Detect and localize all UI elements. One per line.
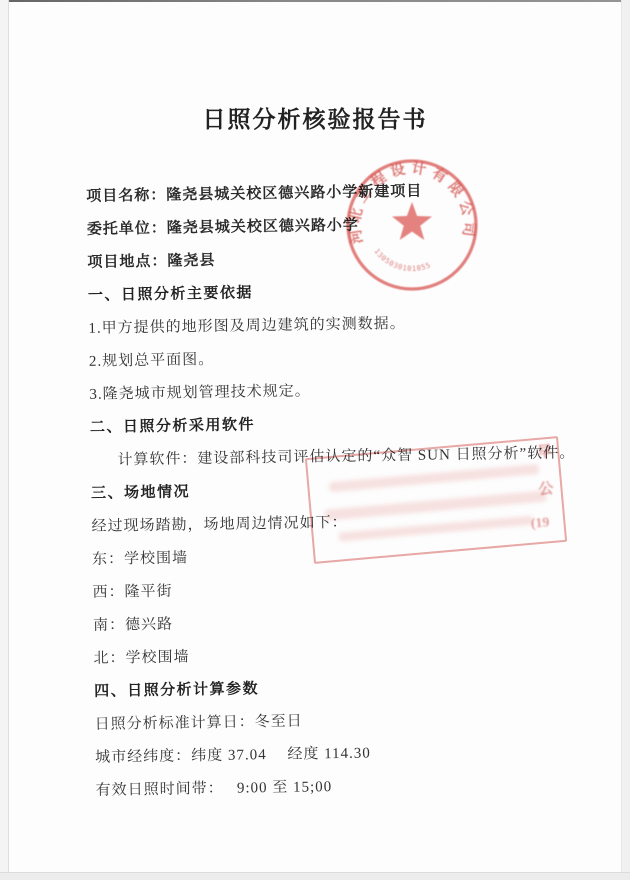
page-title: 日照分析核验报告书 xyxy=(0,102,630,138)
scanned-document: { "doc": { "title": "日照分析核验报告书", "lines"… xyxy=(0,0,630,880)
stamp-fragment-bottom: (19 xyxy=(530,515,550,533)
seal-company-text: 河北工程设计有限公司 xyxy=(346,159,478,246)
seal-serial-number: 1305030101855 xyxy=(372,247,432,273)
svg-text:1305030101855: 1305030101855 xyxy=(372,247,432,273)
stamp-smudge-line xyxy=(339,516,534,542)
stamp-fragment-top: 早 xyxy=(536,440,553,462)
stamp-smudge-line xyxy=(324,490,547,520)
text-time-range: 有效日照时间带： 9:00 至 15;00 xyxy=(95,767,586,808)
stamp-smudge-line xyxy=(329,464,539,492)
stamp-fragment-mid: 公 xyxy=(537,477,554,499)
seal-star-icon xyxy=(392,202,432,240)
company-seal-rect: 早 公 (19 xyxy=(305,436,567,564)
company-seal-round: 河北工程设计有限公司 1305030101855 xyxy=(337,150,487,300)
svg-text:河北工程设计有限公司: 河北工程设计有限公司 xyxy=(346,159,478,246)
scan-edge-top xyxy=(0,0,630,2)
scan-edge-bottom xyxy=(0,872,630,880)
